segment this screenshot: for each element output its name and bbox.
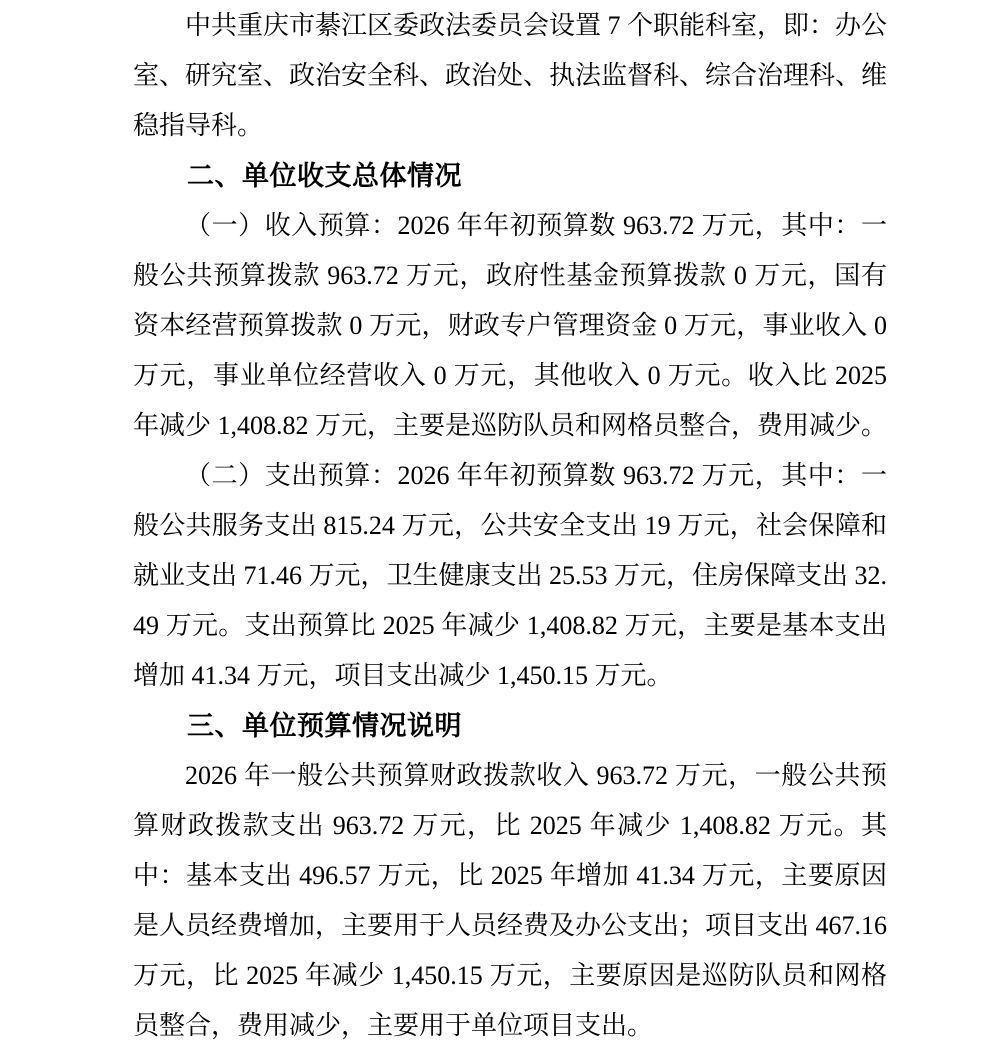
paragraph-expenditure-budget: （二）支出预算：2026 年年初预算数 963.72 万元，其中：一般公共服务支… xyxy=(133,451,887,701)
section-heading-budget-notes: 三、单位预算情况说明 xyxy=(133,701,887,751)
document-page: 中共重庆市綦江区委政法委员会设置 7 个职能科室，即：办公室、研究室、政治安全科… xyxy=(0,0,1000,1053)
section-heading-income-expenditure-overview: 二、单位收支总体情况 xyxy=(133,151,887,201)
paragraph-income-budget: （一）收入预算：2026 年年初预算数 963.72 万元，其中：一般公共预算拨… xyxy=(133,201,887,451)
paragraph-org-departments: 中共重庆市綦江区委政法委员会设置 7 个职能科室，即：办公室、研究室、政治安全科… xyxy=(133,1,887,151)
paragraph-budget-explanation: 2026 年一般公共预算财政拨款收入 963.72 万元，一般公共预算财政拨款支… xyxy=(133,751,887,1051)
